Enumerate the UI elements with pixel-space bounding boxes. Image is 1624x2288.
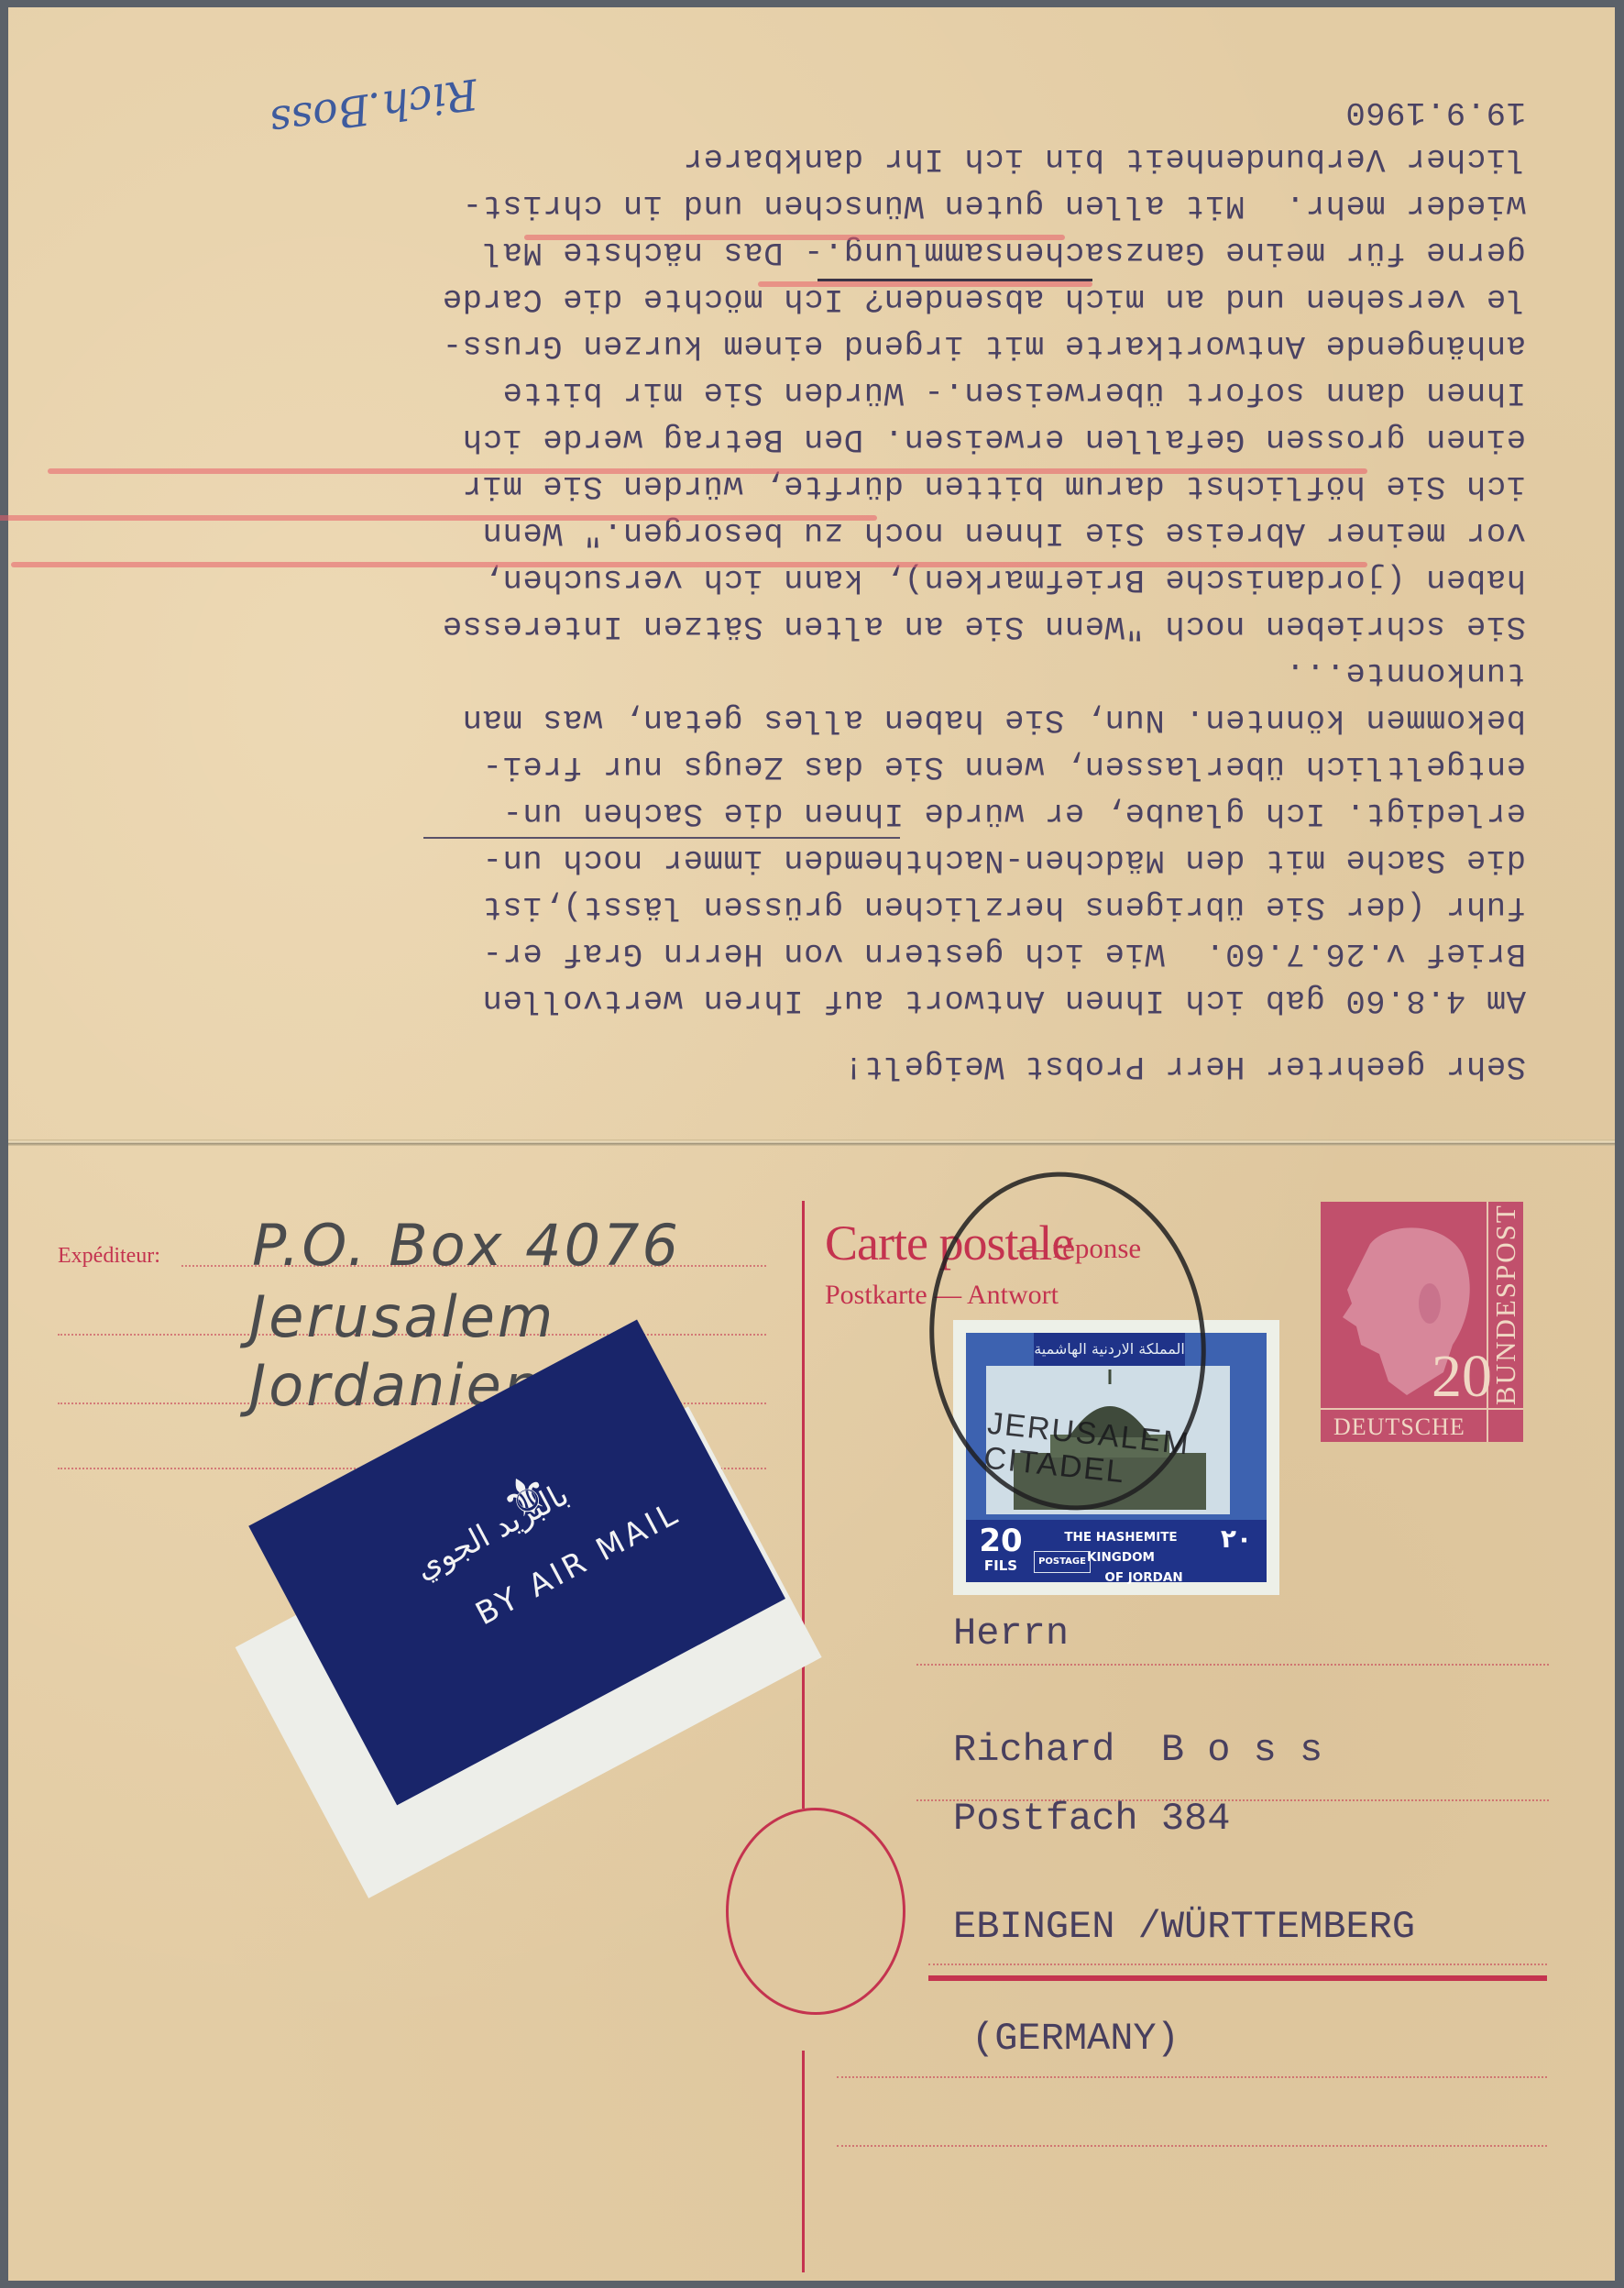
sender-line: Jerusalem (249, 1283, 555, 1350)
fold-line (8, 1139, 1615, 1146)
imprint-value: 20 (1432, 1347, 1492, 1407)
letter-line: wieder mehr. Mit allen guten Wünschen un… (462, 190, 1526, 223)
red-underline (758, 281, 1092, 287)
postmark-circle-guide (726, 1808, 905, 2015)
letter-line: fuhr (der Sie übrigens herzlichen grüsse… (482, 891, 1526, 924)
card-divider-lower (802, 2051, 805, 2272)
dotted-line (916, 1664, 1549, 1666)
letter-line: erledigt. Ich glaube, er würde Ihnen die… (502, 797, 1526, 830)
recipient-country: (GERMANY) (971, 2017, 1180, 2061)
letter-date: 19.9.1960 (1345, 96, 1526, 129)
letter-line: tunkonnte... (1285, 657, 1526, 690)
pencil-underline (423, 837, 900, 839)
stamp-denomination: 20 FILS (973, 1523, 1028, 1573)
signature: Rich.Boss (267, 69, 480, 147)
imprint-separator (1321, 1408, 1523, 1410)
letter-line: anhängende Antwortkarte mit irgend einem… (442, 330, 1526, 363)
dotted-line (837, 2076, 1547, 2078)
letter-line: haben (jordanische Briefmarken), kann ic… (482, 564, 1526, 597)
dotted-line (837, 2145, 1547, 2147)
recipient-salutation: Herrn (953, 1611, 1069, 1655)
letter-line: Ihnen dann sofort überweisen.- Würden Si… (502, 377, 1526, 410)
letter-line: bekommen könnten. Nun, Sie haben alles g… (462, 704, 1526, 737)
letter-line: ich Sie höflichst darum bitten dürfte, w… (462, 470, 1526, 503)
letter-line: entgeltlich überlassen, wenn Sie das Zeu… (482, 751, 1526, 784)
red-underline (524, 235, 1065, 240)
red-underline (0, 515, 877, 521)
sender-line: P.O. Box 4076 (252, 1212, 681, 1279)
dotted-line (928, 1963, 1547, 1965)
letter-line: Brief v.26.7.60. Wie ich gestern von Her… (482, 938, 1526, 971)
letter-line: vor meiner Abreise Sie Ihnen noch zu bes… (482, 517, 1526, 550)
letter-line: gerne für meine Ganzsachensammlung.- Das… (482, 236, 1526, 269)
letter-line: Sie schrieben noch "Wenn Sie an alten Sä… (442, 610, 1526, 643)
ink-underline (817, 279, 1092, 281)
red-underline (48, 468, 1367, 474)
sender-label: Expéditeur: (58, 1244, 160, 1269)
imprint-service: BUNDESPOST (1489, 1204, 1522, 1405)
letter-line: le versehen und an mich absenden? Ich mö… (442, 283, 1526, 316)
typed-letter-panel: Sehr geehrter Herr Probst Weigelt! Am 4.… (0, 0, 1624, 1146)
letter-line: Sehr geehrter Herr Probst Weigelt! (843, 1050, 1526, 1083)
recipient-city: EBINGEN /WÜRTTEMBERG (953, 1905, 1415, 1949)
letter-line: die Sache mit den Mädchen-Nachthemden im… (482, 844, 1526, 877)
recipient-name: Richard B o s s (953, 1728, 1322, 1772)
stamp-postage-label: POSTAGE (1034, 1551, 1091, 1573)
imprint-stamp: 20 DEUTSCHE BUNDESPOST (1321, 1202, 1523, 1442)
letter-line: einen grossen Gefallen erweisen. Den Bet… (462, 423, 1526, 456)
address-rule (928, 1975, 1547, 1981)
stamp-arabic-value: ٢٠ (1212, 1523, 1261, 1554)
recipient-street: Postfach 384 (953, 1797, 1230, 1841)
imprint-country: DEUTSCHE (1333, 1413, 1465, 1441)
letter-line: licher Verbundenheit bin ich Ihr dankbar… (683, 143, 1526, 176)
red-underline (11, 562, 1367, 567)
card-divider (802, 1201, 805, 1809)
letter-line: Am 4.8.60 gab ich Ihnen Antwort auf Ihre… (482, 984, 1526, 1017)
